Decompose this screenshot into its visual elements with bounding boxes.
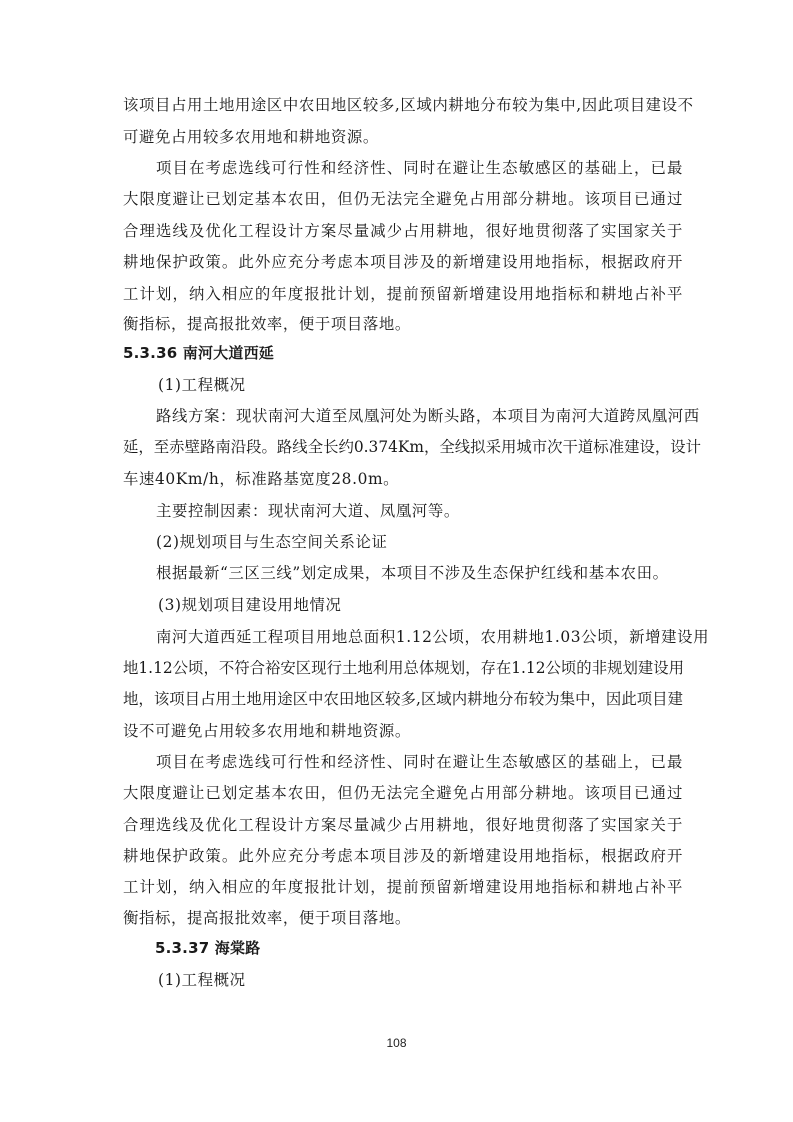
subsection-heading: (2)规划项目与生态空间关系论证	[156, 531, 683, 553]
paragraph-line: 耕地保护政策。此外应充分考虑本项目涉及的新增建设用地指标，根据政府开	[123, 251, 683, 273]
section-heading-5-3-36: 5.3.36 南河大道西延	[123, 342, 683, 364]
paragraph-line: 延，至赤壁路南沿段。路线全长约0.374Km，全线拟采用城市次干道标准建设，设计	[123, 436, 683, 458]
paragraph-line: 路线方案：现状南河大道至凤凰河处为断头路，本项目为南河大道跨凤凰河西	[156, 405, 683, 427]
page-number: 108	[0, 1036, 793, 1050]
paragraph-line: 该项目占用土地用途区中农田地区较多,区域内耕地分布较为集中,因此项目建设不	[123, 94, 683, 116]
paragraph-line: 工计划，纳入相应的年度报批计划，提前预留新增建设用地指标和耕地占补平	[123, 283, 683, 305]
section-heading-5-3-37: 5.3.37 海棠路	[155, 937, 715, 959]
paragraph-line: 衡指标，提高报批效率，便于项目落地。	[123, 907, 683, 929]
paragraph-line: 地，该项目占用土地用途区中农田地区较多,区域内耕地分布较为集中，因此项目建	[123, 688, 683, 710]
paragraph-line: 设不可避免占用较多农用地和耕地资源。	[123, 720, 683, 742]
paragraph-line: 合理选线及优化工程设计方案尽量减少占用耕地，很好地贯彻落了实国家关于	[123, 220, 683, 242]
paragraph-line: 可避免占用较多农用地和耕地资源。	[123, 126, 683, 148]
paragraph-line: 工计划，纳入相应的年度报批计划，提前预留新增建设用地指标和耕地占补平	[123, 876, 683, 898]
paragraph-line: 主要控制因素：现状南河大道、凤凰河等。	[156, 500, 683, 522]
paragraph-line: 衡指标，提高报批效率，便于项目落地。	[123, 313, 683, 335]
paragraph-line: 地1.12公顷，不符合裕安区现行土地利用总体规划，存在1.12公顷的非规划建设用	[123, 657, 683, 679]
subsection-heading: (1)工程概况	[158, 374, 718, 396]
document-page: 该项目占用土地用途区中农田地区较多,区域内耕地分布较为集中,因此项目建设不 可避…	[0, 0, 793, 1122]
paragraph-line: 南河大道西延工程项目用地总面积1.12公顷，农用耕地1.03公顷，新增建设用	[156, 626, 683, 648]
paragraph-line: 大限度避让已划定基本农田，但仍无法完全避免占用部分耕地。该项目已通过	[123, 188, 683, 210]
subsection-heading: (1)工程概况	[158, 969, 718, 991]
paragraph-line: 耕地保护政策。此外应充分考虑本项目涉及的新增建设用地指标，根据政府开	[123, 845, 683, 867]
paragraph-line: 项目在考虑选线可行性和经济性、同时在避让生态敏感区的基础上，已最	[156, 157, 683, 179]
paragraph-line: 合理选线及优化工程设计方案尽量减少占用耕地，很好地贯彻落了实国家关于	[123, 814, 683, 836]
subsection-heading: (3)规划项目建设用地情况	[158, 594, 718, 616]
paragraph-line: 大限度避让已划定基本农田，但仍无法完全避免占用部分耕地。该项目已通过	[123, 782, 683, 804]
paragraph-line: 项目在考虑选线可行性和经济性、同时在避让生态敏感区的基础上，已最	[156, 751, 683, 773]
paragraph-line: 车速40Km/h，标准路基宽度28.0m。	[123, 468, 683, 490]
paragraph-line: 根据最新“三区三线”划定成果，本项目不涉及生态保护红线和基本农田。	[156, 562, 683, 584]
